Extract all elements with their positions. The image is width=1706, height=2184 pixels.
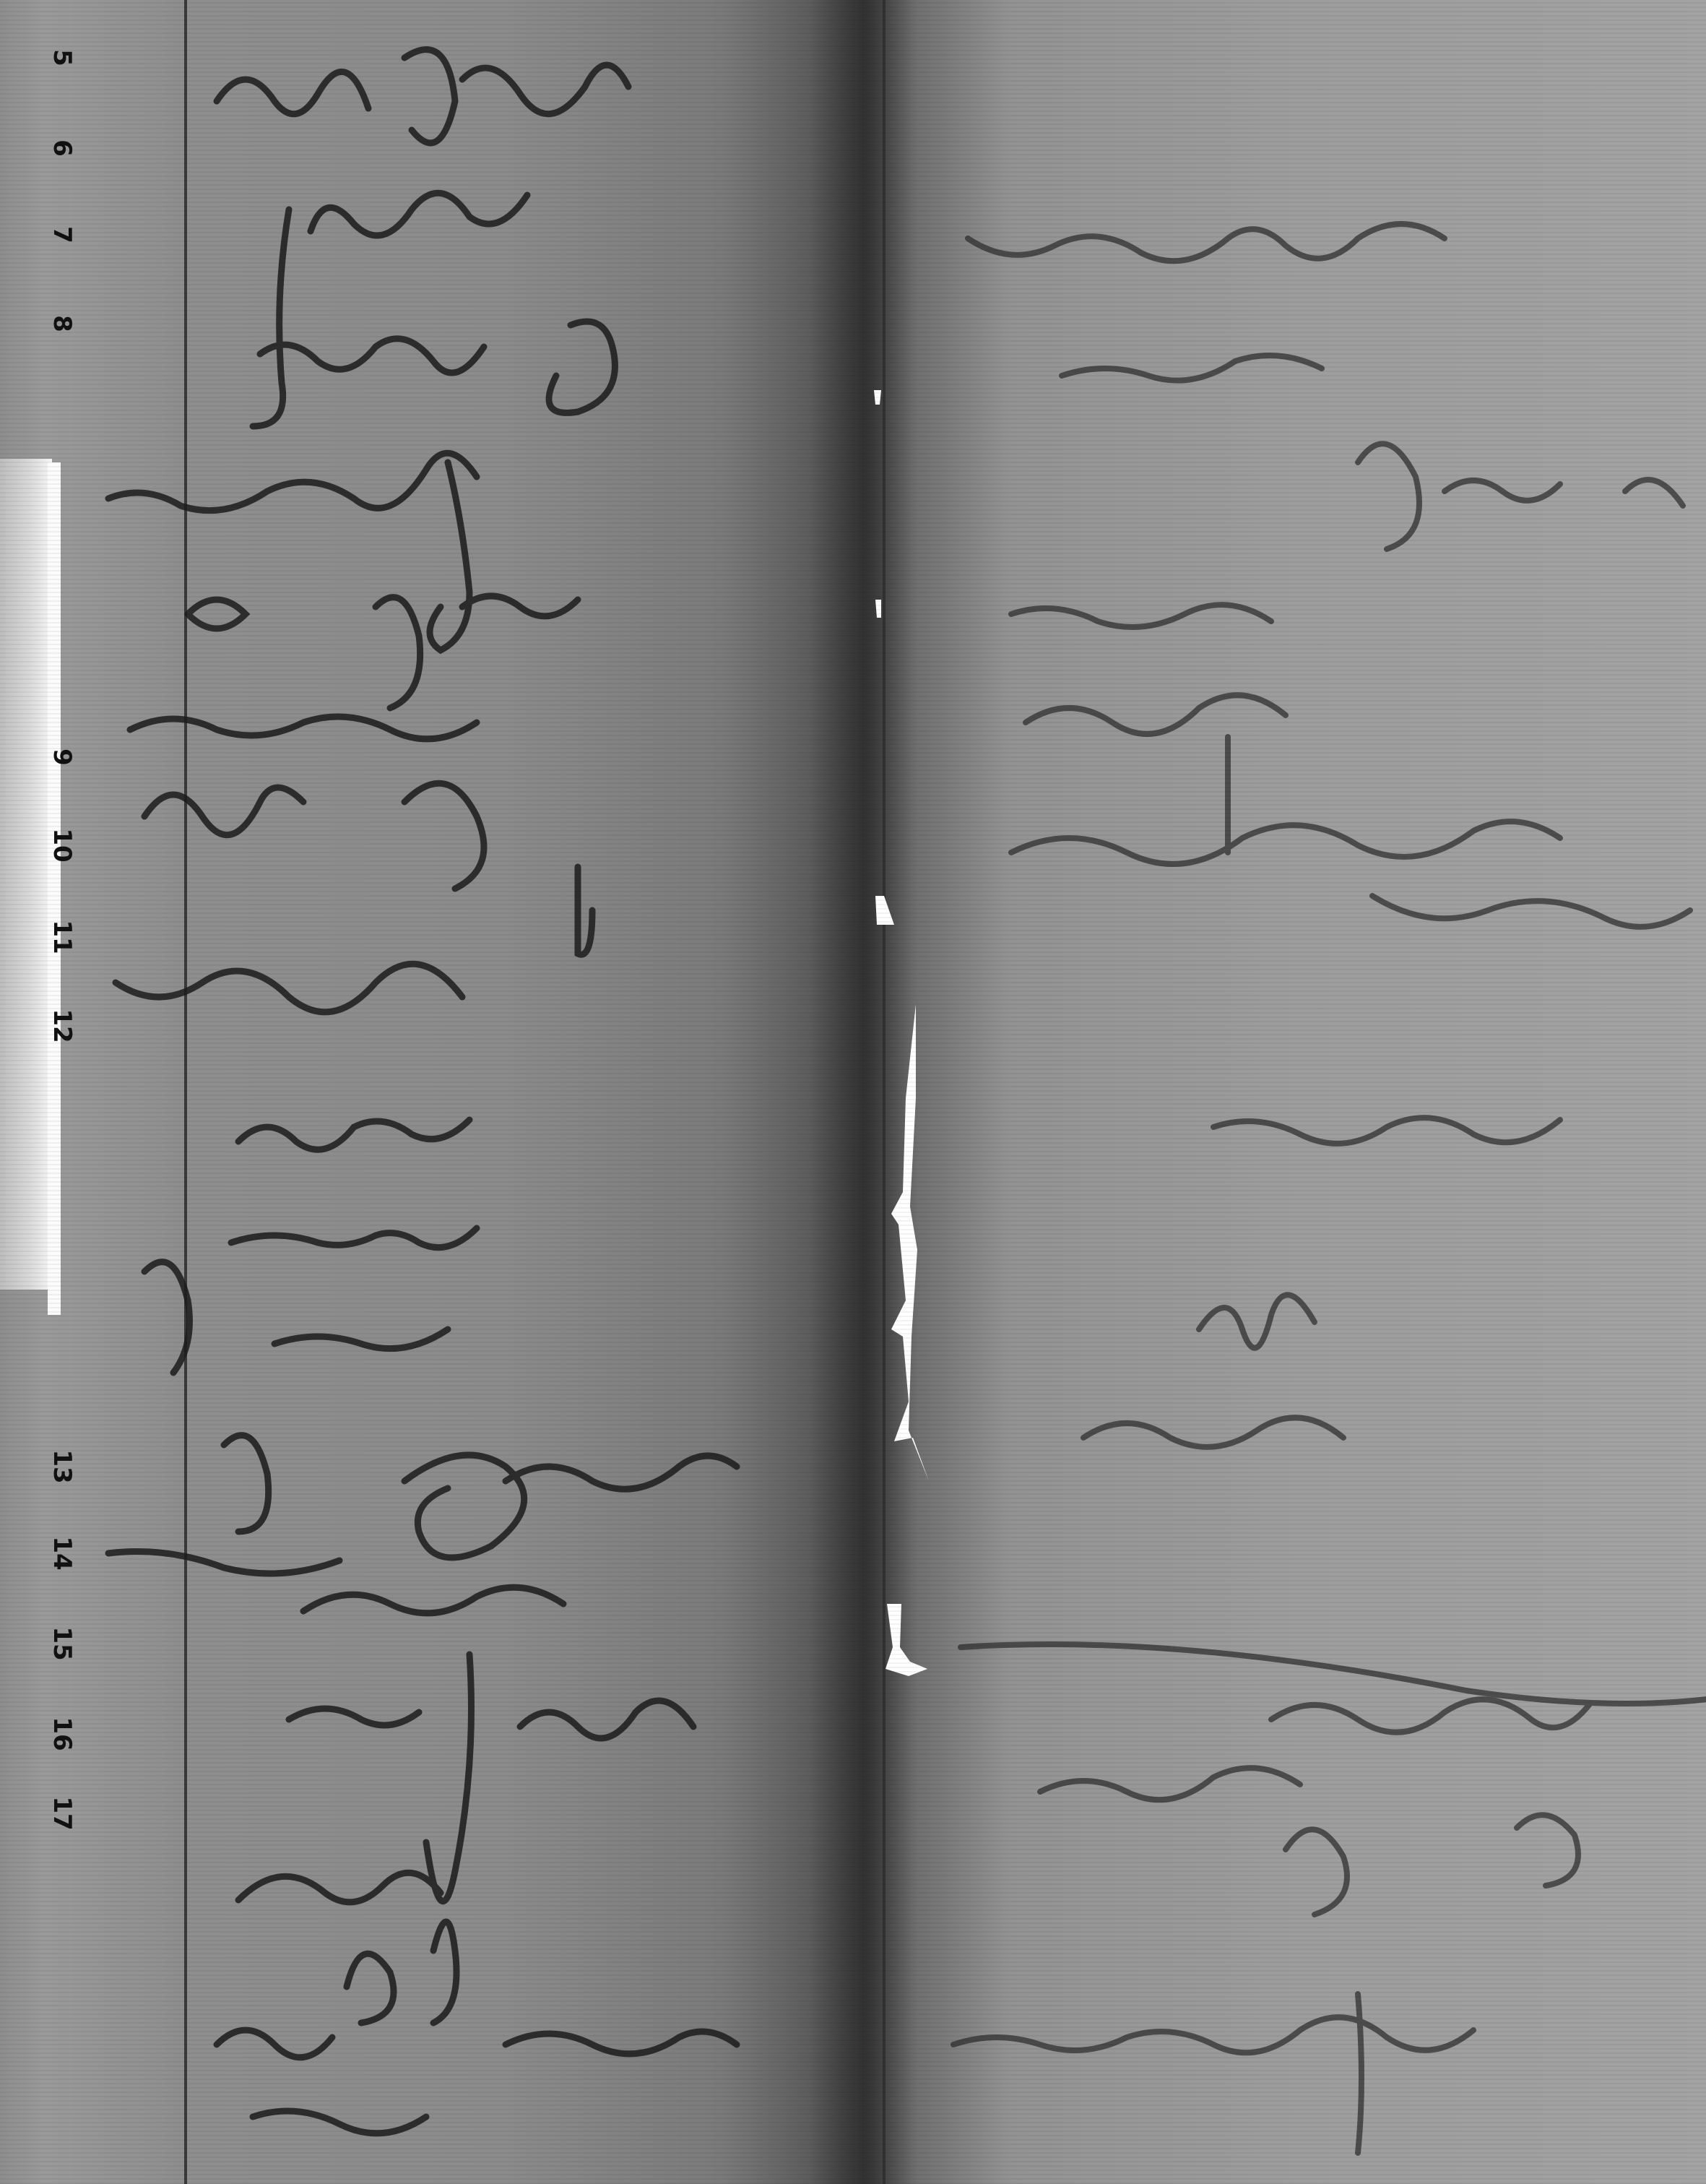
right-page: faded cursive handwritten text, largely … [917, 0, 1706, 2184]
left-page: cursive handwritten text, largely illegi… [188, 0, 809, 2184]
